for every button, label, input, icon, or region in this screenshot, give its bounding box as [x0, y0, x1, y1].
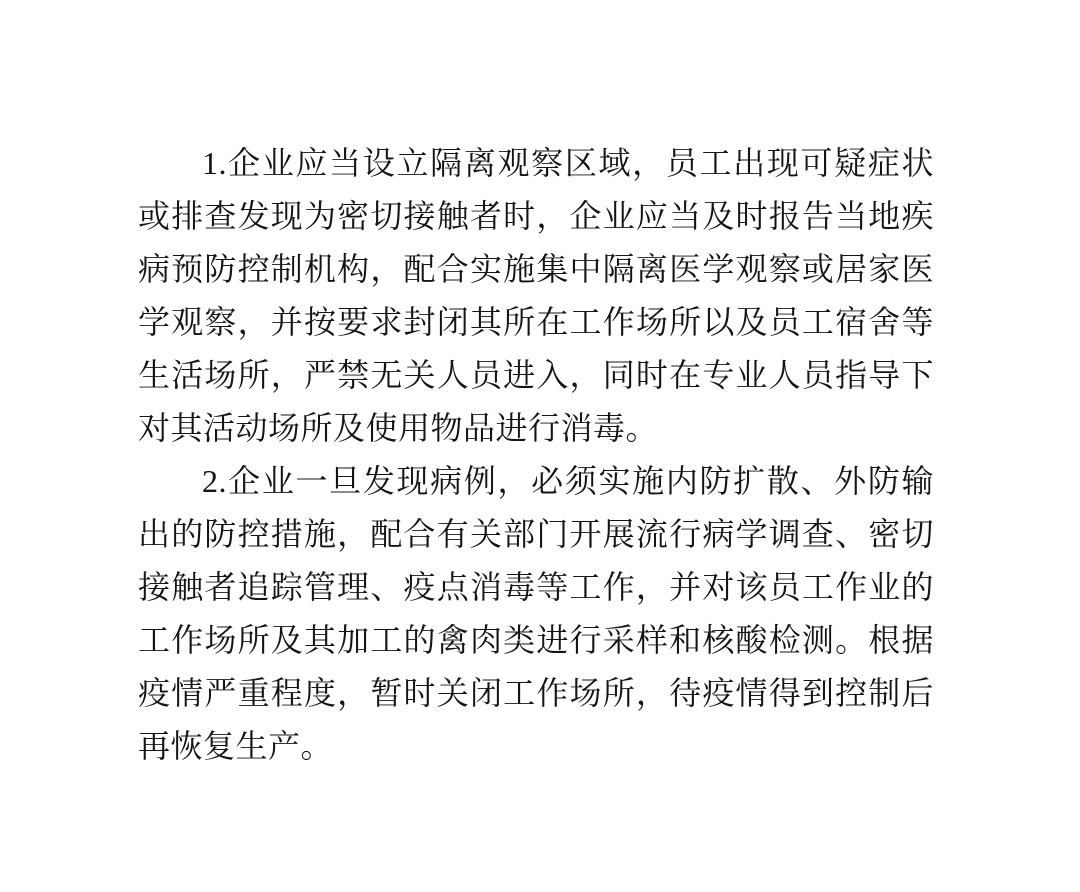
- document-body: 1.企业应当设立隔离观察区域，员工出现可疑症状或排查发现为密切接触者时，企业应当…: [138, 137, 934, 773]
- paragraph-2: 2.企业一旦发现病例，必须实施内防扩散、外防输出的防控措施，配合有关部门开展流行…: [138, 455, 934, 773]
- paragraph-1: 1.企业应当设立隔离观察区域，员工出现可疑症状或排查发现为密切接触者时，企业应当…: [138, 137, 934, 455]
- document-page: 1.企业应当设立隔离观察区域，员工出现可疑症状或排查发现为密切接触者时，企业应当…: [138, 137, 934, 773]
